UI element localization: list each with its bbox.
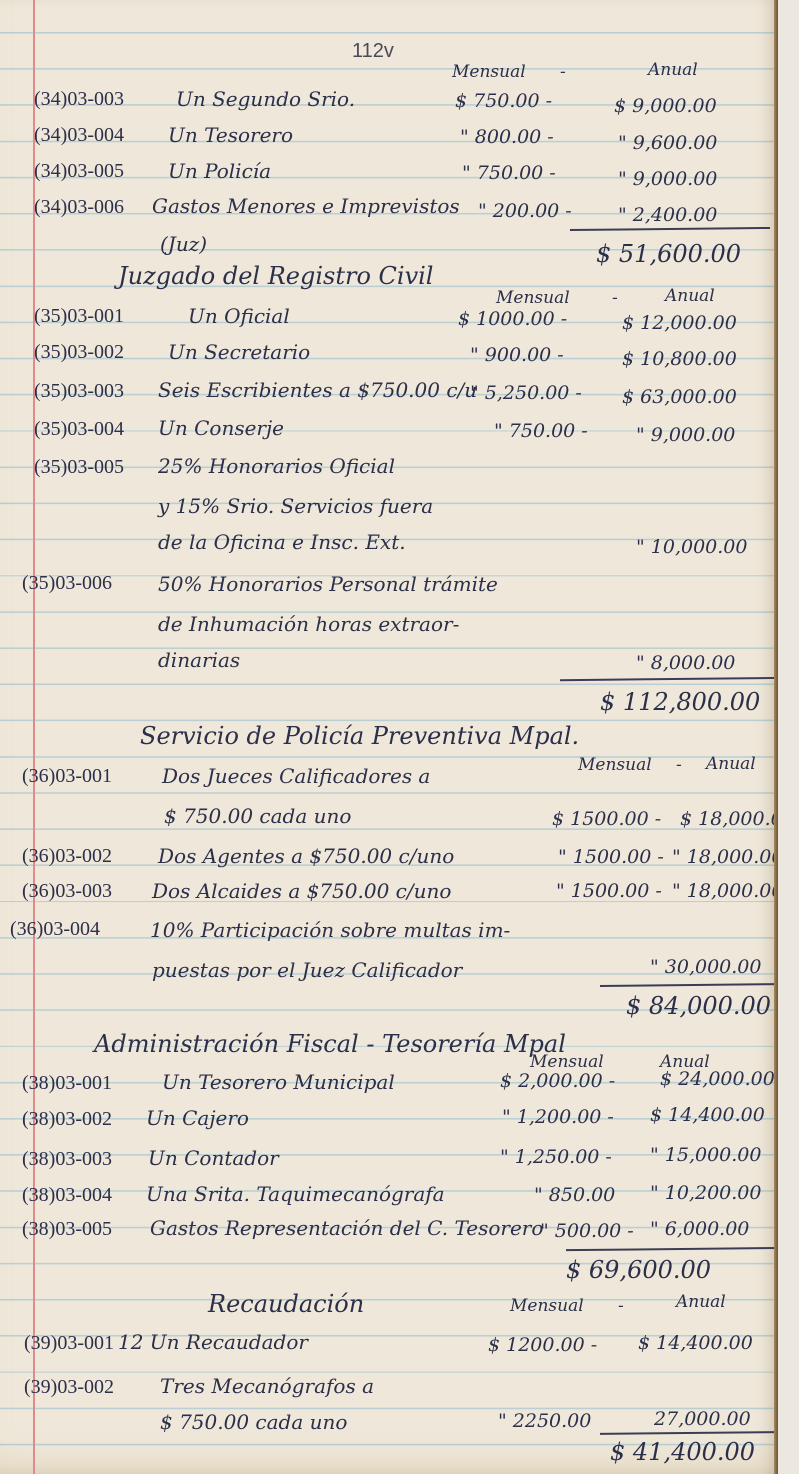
row-code: (35)03-001 bbox=[34, 305, 124, 328]
row-code: (38)03-001 bbox=[22, 1072, 112, 1095]
row-monthly: " 1500.00 - bbox=[556, 880, 662, 902]
row-desc-cont: $ 750.00 cada uno bbox=[164, 804, 351, 828]
row-code: (35)03-005 bbox=[34, 456, 124, 479]
row-annual: " 30,000.00 bbox=[650, 956, 761, 978]
row-monthly: " 500.00 - bbox=[540, 1220, 634, 1242]
row-monthly: " 800.00 - bbox=[460, 126, 554, 148]
header-separator: - bbox=[618, 1296, 624, 1316]
section-total: $ 69,600.00 bbox=[566, 1256, 711, 1284]
row-monthly: " 900.00 - bbox=[470, 344, 564, 366]
row-code: (38)03-002 bbox=[22, 1108, 112, 1131]
row-desc-cont: de Inhumación horas extraor- bbox=[158, 612, 459, 636]
row-desc: Un Secretario bbox=[168, 340, 310, 364]
row-code: (39)03-001 bbox=[24, 1332, 114, 1355]
row-monthly: $ 1200.00 - bbox=[488, 1334, 597, 1356]
header-annual: Anual bbox=[676, 1292, 726, 1312]
row-monthly: $ 750.00 - bbox=[455, 90, 552, 112]
row-code: (36)03-004 bbox=[10, 918, 100, 941]
row-annual: $ 12,000.00 bbox=[622, 312, 737, 334]
section-title: Servicio de Policía Preventiva Mpal. bbox=[140, 722, 579, 750]
row-desc: Un Segundo Srio. bbox=[176, 87, 355, 111]
header-annual: Anual bbox=[665, 286, 715, 306]
row-monthly: $ 1500.00 - bbox=[552, 808, 661, 830]
total-rule bbox=[566, 1247, 792, 1251]
row-desc: Un Tesorero Municipal bbox=[162, 1070, 395, 1094]
margin-line bbox=[33, 0, 35, 1474]
section-total: $ 51,600.00 bbox=[596, 240, 741, 268]
row-code: (35)03-003 bbox=[34, 380, 124, 403]
row-annual: " 15,000.00 bbox=[650, 1144, 761, 1166]
header-annual: Anual bbox=[648, 60, 698, 80]
row-monthly: " 750.00 - bbox=[494, 420, 588, 442]
total-rule bbox=[600, 983, 790, 987]
row-desc-cont: puestas por el Juez Calificador bbox=[152, 958, 462, 982]
section-title: Recaudación bbox=[208, 1290, 364, 1318]
row-monthly: " 200.00 - bbox=[478, 200, 572, 222]
row-annual: " 9,600.00 bbox=[618, 132, 717, 154]
row-annual: 27,000.00 bbox=[654, 1408, 751, 1430]
row-desc: Dos Agentes a $750.00 c/uno bbox=[158, 844, 454, 868]
row-annual: " 10,200.00 bbox=[650, 1182, 761, 1204]
row-desc: Un Cajero bbox=[146, 1106, 249, 1130]
row-code: (35)03-002 bbox=[34, 341, 124, 364]
page-number: 112v bbox=[352, 40, 394, 63]
row-monthly: " 750.00 - bbox=[462, 162, 556, 184]
row-code: (34)03-003 bbox=[34, 88, 124, 111]
header-monthly: Mensual bbox=[510, 1296, 584, 1316]
row-monthly: $ 2,000.00 - bbox=[500, 1070, 615, 1092]
row-monthly: " 1,250.00 - bbox=[500, 1146, 612, 1168]
row-code: (35)03-006 bbox=[22, 572, 112, 595]
row-desc-cont: de la Oficina e Insc. Ext. bbox=[158, 530, 406, 554]
row-desc: Un Conserje bbox=[158, 416, 284, 440]
total-rule bbox=[570, 227, 770, 231]
row-annual: $ 9,000.00 bbox=[614, 95, 717, 117]
row-annual: " 9,000.00 bbox=[636, 424, 735, 446]
row-annual: " 6,000.00 bbox=[650, 1218, 749, 1240]
header-monthly: Mensual bbox=[578, 755, 652, 775]
row-desc: Un Oficial bbox=[188, 304, 290, 328]
row-code: (34)03-004 bbox=[34, 124, 124, 147]
ledger-page: 112v Mensual - Anual (34)03-003 Un Segun… bbox=[0, 0, 778, 1474]
row-code: (39)03-002 bbox=[24, 1376, 114, 1399]
row-code: (38)03-004 bbox=[22, 1184, 112, 1207]
header-monthly: Mensual bbox=[530, 1052, 604, 1072]
section-total: $ 84,000.00 bbox=[626, 992, 771, 1020]
row-annual: " 18,000.00 bbox=[672, 846, 783, 868]
total-rule bbox=[600, 1431, 776, 1435]
row-desc: 50% Honorarios Personal trámite bbox=[158, 572, 498, 596]
row-desc-cont: dinarias bbox=[158, 648, 240, 672]
section-total: $ 112,800.00 bbox=[600, 688, 760, 716]
row-desc: Un Policía bbox=[168, 159, 271, 183]
row-annual: $ 63,000.00 bbox=[622, 386, 737, 408]
row-code: (38)03-003 bbox=[22, 1148, 112, 1171]
row-desc: Tres Mecanógrafos a bbox=[160, 1374, 374, 1398]
header-separator: - bbox=[612, 288, 618, 308]
row-desc: 10% Participación sobre multas im- bbox=[150, 918, 510, 942]
row-monthly: " 2250.00 bbox=[498, 1410, 591, 1432]
row-monthly: " 1,200.00 - bbox=[502, 1106, 614, 1128]
row-desc: Un Contador bbox=[148, 1146, 279, 1170]
next-page-edge bbox=[778, 0, 799, 1474]
row-desc: 12 Un Recaudador bbox=[118, 1330, 308, 1354]
row-code: (38)03-005 bbox=[22, 1218, 112, 1241]
row-code: (36)03-001 bbox=[22, 765, 112, 788]
row-annual: " 8,000.00 bbox=[636, 652, 735, 674]
row-monthly: " 5,250.00 - bbox=[470, 382, 582, 404]
section-note: (Juz) bbox=[160, 232, 207, 256]
row-desc: Dos Alcaides a $750.00 c/uno bbox=[152, 879, 451, 903]
header-monthly: Mensual bbox=[496, 288, 570, 308]
row-annual: " 2,400.00 bbox=[618, 204, 717, 226]
row-monthly: " 1500.00 - bbox=[558, 846, 664, 868]
row-annual: " 10,000.00 bbox=[636, 536, 747, 558]
row-desc: Dos Jueces Calificadores a bbox=[162, 764, 430, 788]
row-annual: $ 10,800.00 bbox=[622, 348, 737, 370]
section-title: Juzgado del Registro Civil bbox=[118, 262, 433, 290]
row-desc: Seis Escribientes a $750.00 c/u bbox=[158, 378, 477, 402]
row-desc: Un Tesorero bbox=[168, 123, 293, 147]
row-desc-cont: $ 750.00 cada uno bbox=[160, 1410, 347, 1434]
row-annual: $ 14,400.00 bbox=[650, 1104, 765, 1126]
row-desc-cont: y 15% Srio. Servicios fuera bbox=[158, 494, 433, 518]
row-desc: 25% Honorarios Oficial bbox=[158, 454, 395, 478]
row-monthly: " 850.00 bbox=[534, 1184, 615, 1206]
row-annual: " 18,000.00 bbox=[672, 880, 783, 902]
row-desc: Gastos Menores e Imprevistos bbox=[152, 194, 460, 218]
row-desc: Una Srita. Taquimecanógrafa bbox=[146, 1182, 445, 1206]
section-title: Administración Fiscal - Tesorería Mpal bbox=[94, 1030, 566, 1058]
header-separator: - bbox=[676, 755, 682, 775]
header-separator: - bbox=[560, 62, 566, 82]
header-monthly: Mensual bbox=[452, 62, 526, 82]
row-code: (36)03-002 bbox=[22, 845, 112, 868]
row-code: (34)03-006 bbox=[34, 196, 124, 219]
row-monthly: $ 1000.00 - bbox=[458, 308, 567, 330]
section-total: $ 41,400.00 bbox=[610, 1438, 755, 1466]
row-code: (34)03-005 bbox=[34, 160, 124, 183]
header-annual: Anual bbox=[706, 754, 756, 774]
row-annual: $ 14,400.00 bbox=[638, 1332, 753, 1354]
row-desc: Gastos Representación del C. Tesorero bbox=[150, 1216, 543, 1240]
row-annual: $ 24,000.00 bbox=[660, 1068, 775, 1090]
row-annual: " 9,000.00 bbox=[618, 168, 717, 190]
row-code: (36)03-003 bbox=[22, 880, 112, 903]
total-rule bbox=[560, 677, 792, 681]
row-code: (35)03-004 bbox=[34, 418, 124, 441]
